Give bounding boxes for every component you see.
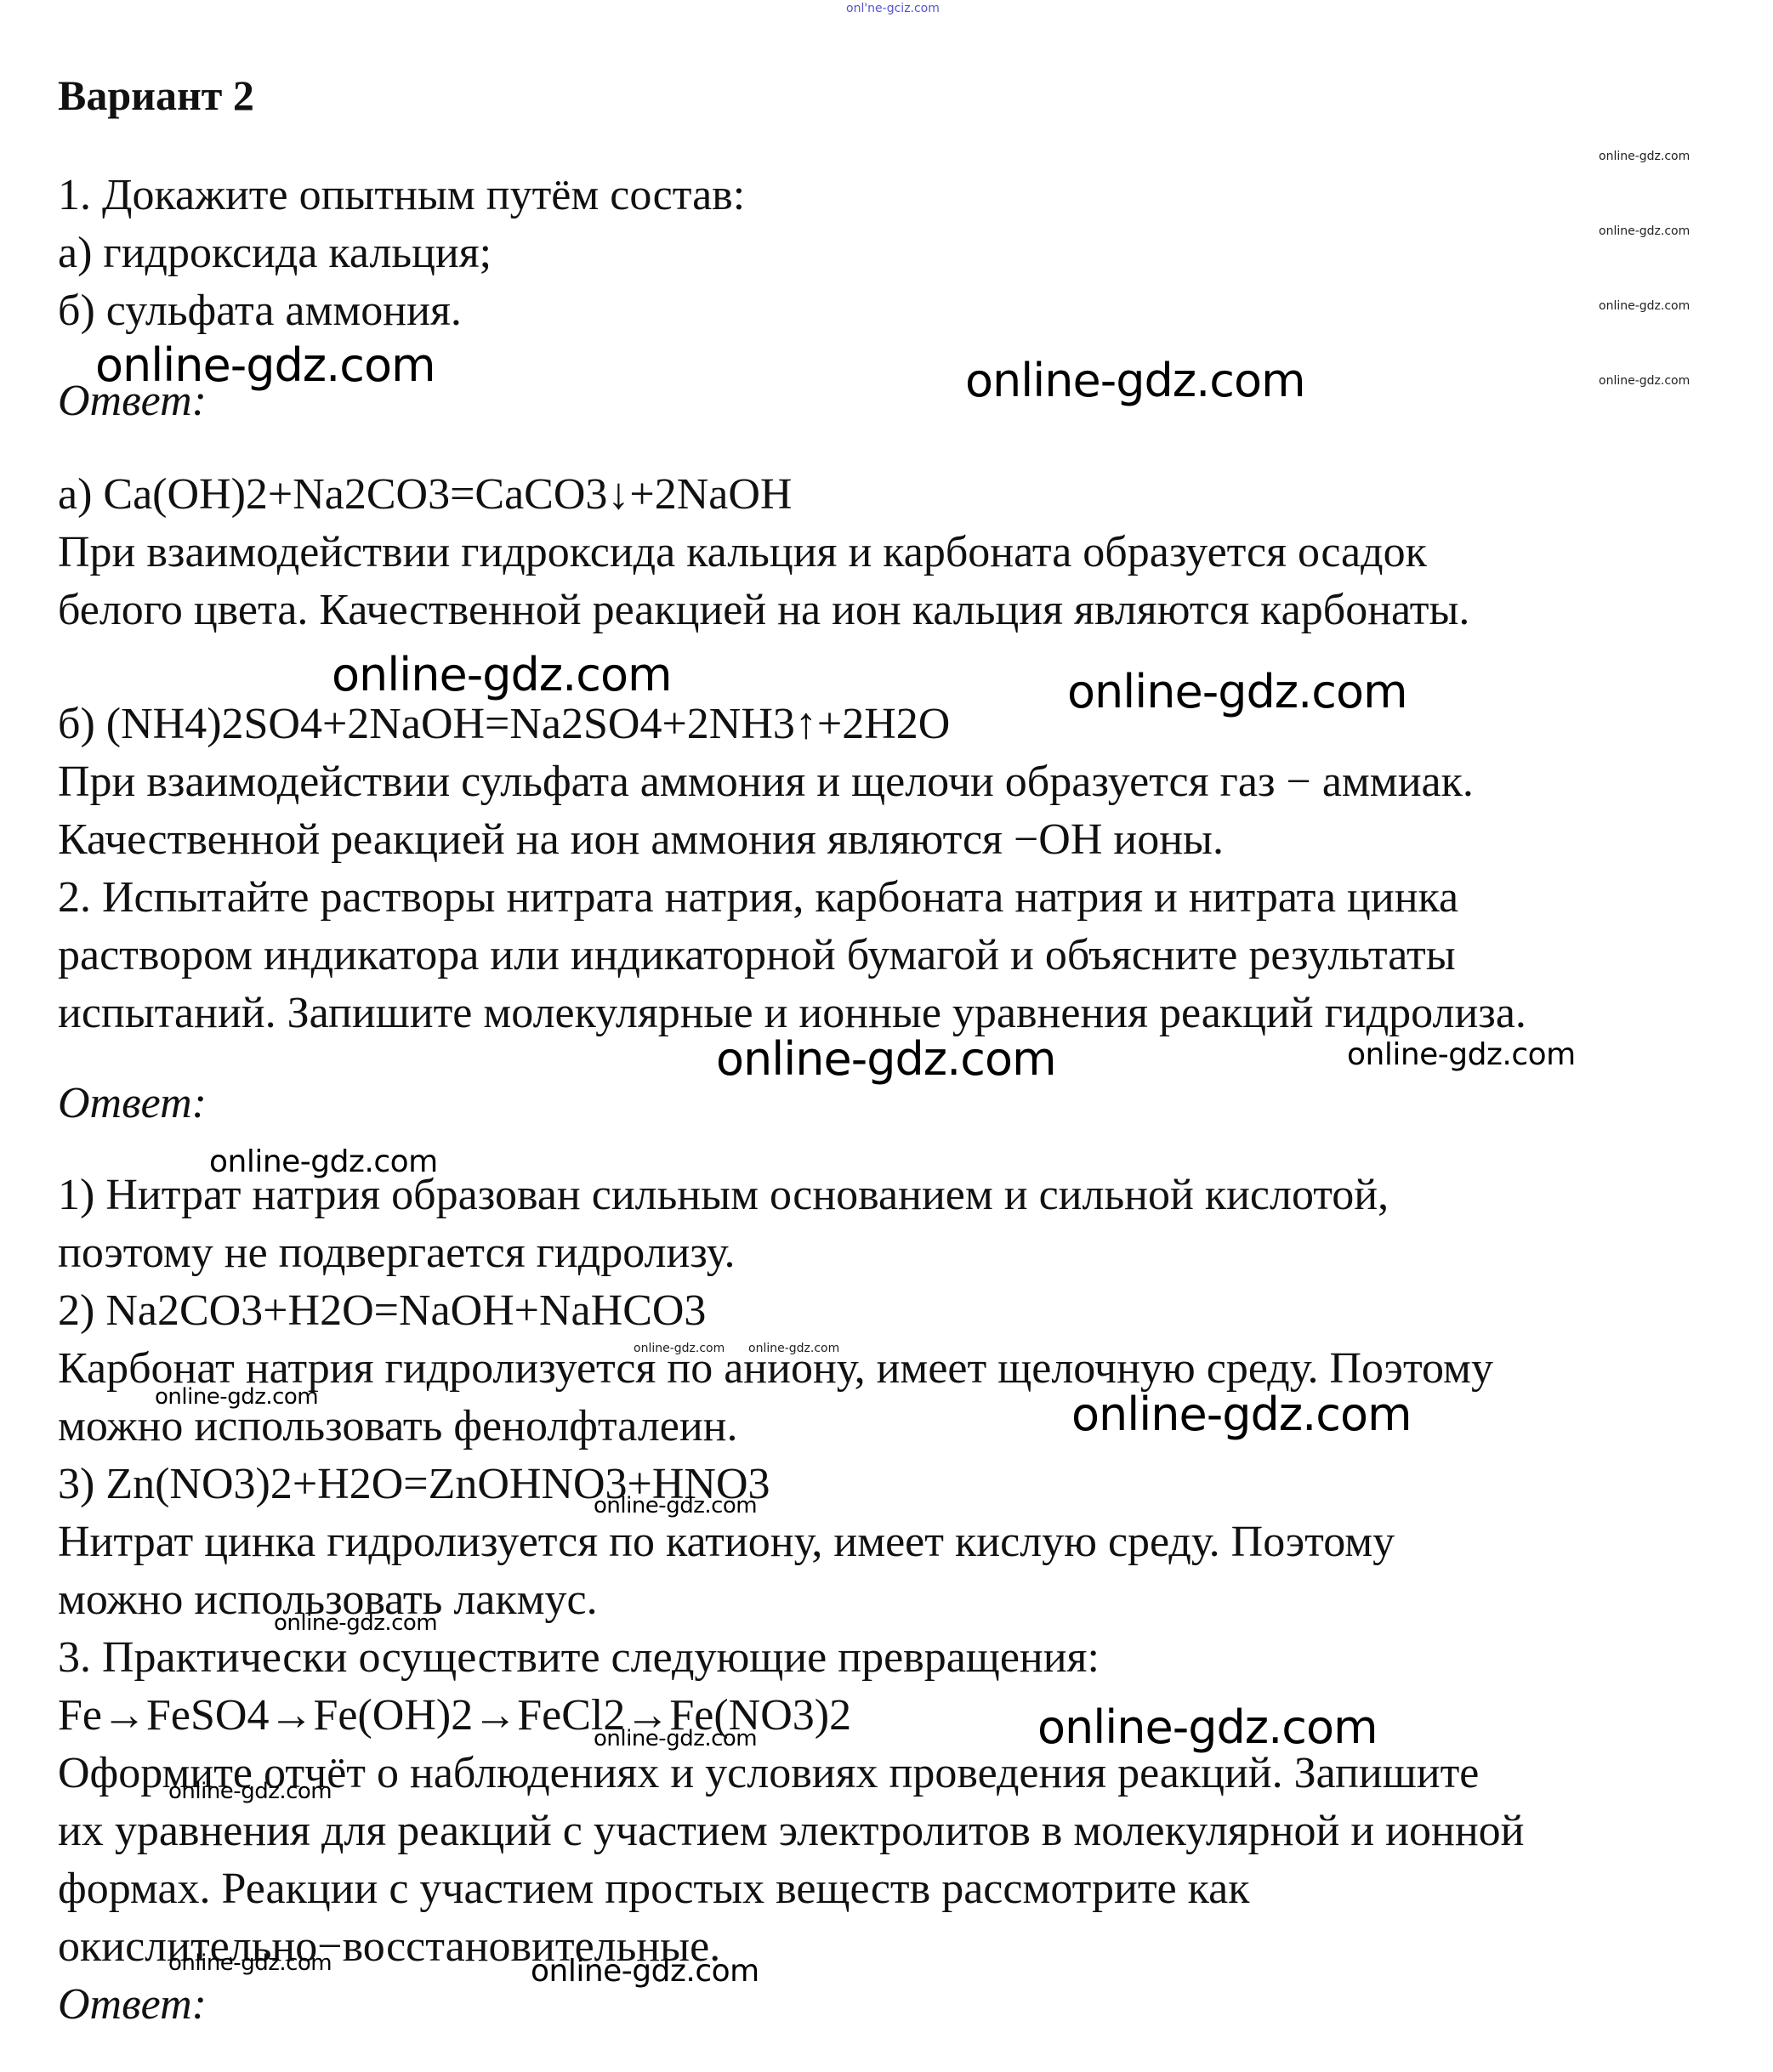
task-1-item-b: б) сульфата аммония. bbox=[58, 286, 462, 337]
watermark: online-gdz.com bbox=[1347, 1037, 1576, 1072]
task-1-heading: 1. Докажите опытным путём состав: bbox=[58, 170, 745, 221]
watermark: online-gdz.com bbox=[168, 1950, 332, 1976]
watermark: online-gdz.com bbox=[594, 1493, 757, 1519]
text-line: формах. Реакции с участием простых вещес… bbox=[58, 1864, 1250, 1915]
text-line: поэтому не подвергается гидролизу. bbox=[58, 1228, 736, 1279]
equation-2-2: 2) Na2CO3+H2O=NaOH+NaHCO3 bbox=[58, 1286, 706, 1337]
task-2-heading: 2. Испытайте растворы нитрата натрия, ка… bbox=[58, 872, 1458, 923]
watermark: online-gdz.com bbox=[716, 1032, 1056, 1086]
watermark: online-gdz.com bbox=[95, 338, 435, 392]
watermark: online-gdz.com bbox=[594, 1726, 757, 1751]
watermark: online-gdz.com bbox=[332, 648, 672, 701]
watermark: online-gdz.com bbox=[634, 1342, 725, 1355]
text-line: При взаимодействии гидроксида кальция и … bbox=[58, 527, 1427, 578]
watermark: online-gdz.com bbox=[168, 1779, 332, 1804]
text-line: раствором индикатора или индикаторной бу… bbox=[58, 930, 1456, 981]
text-line: При взаимодействии сульфата аммония и ще… bbox=[58, 757, 1474, 808]
task-1-item-a: а) гидроксида кальция; bbox=[58, 228, 492, 279]
task-3-heading: 3. Практически осуществите следующие пре… bbox=[58, 1632, 1100, 1683]
watermark: online-gdz.com bbox=[1599, 299, 1690, 313]
answer-label-2: Ответ: bbox=[58, 1078, 207, 1129]
watermark-top: onl'ne-gciz.com bbox=[846, 2, 940, 15]
watermark: online-gdz.com bbox=[209, 1144, 438, 1179]
watermark: online-gdz.com bbox=[1037, 1700, 1378, 1754]
text-line: Нитрат цинка гидролизуется по катиону, и… bbox=[58, 1517, 1395, 1568]
answer-label-3: Ответ: bbox=[58, 1979, 207, 2030]
watermark: online-gdz.com bbox=[1599, 224, 1690, 238]
text-line: испытаний. Запишите молекулярные и ионны… bbox=[58, 988, 1526, 1039]
text-line: их уравнения для реакций с участием элек… bbox=[58, 1806, 1524, 1857]
watermark: online-gdz.com bbox=[1071, 1388, 1412, 1441]
equation-1a: а) Ca(OH)2+Na2CO3=CaCO3↓+2NaOH bbox=[58, 469, 792, 520]
page-title: Вариант 2 bbox=[58, 70, 254, 121]
equation-1b: б) (NH4)2SO4+2NaOH=Na2SO4+2NH3↑+2H2O bbox=[58, 699, 950, 750]
watermark: online-gdz.com bbox=[1599, 150, 1690, 163]
text-line: Качественной реакцией на ион аммония явл… bbox=[58, 815, 1224, 866]
watermark: online-gdz.com bbox=[155, 1384, 318, 1410]
watermark: online-gdz.com bbox=[531, 1954, 759, 1989]
watermark: online-gdz.com bbox=[1599, 374, 1690, 388]
document-page: onl'ne-gciz.com Вариант 2 1. Докажите оп… bbox=[0, 0, 1773, 2072]
watermark: online-gdz.com bbox=[274, 1610, 437, 1636]
watermark: online-gdz.com bbox=[748, 1342, 839, 1355]
text-line: белого цвета. Качественной реакцией на и… bbox=[58, 585, 1469, 636]
watermark: online-gdz.com bbox=[1067, 665, 1407, 718]
watermark: online-gdz.com bbox=[965, 354, 1305, 407]
